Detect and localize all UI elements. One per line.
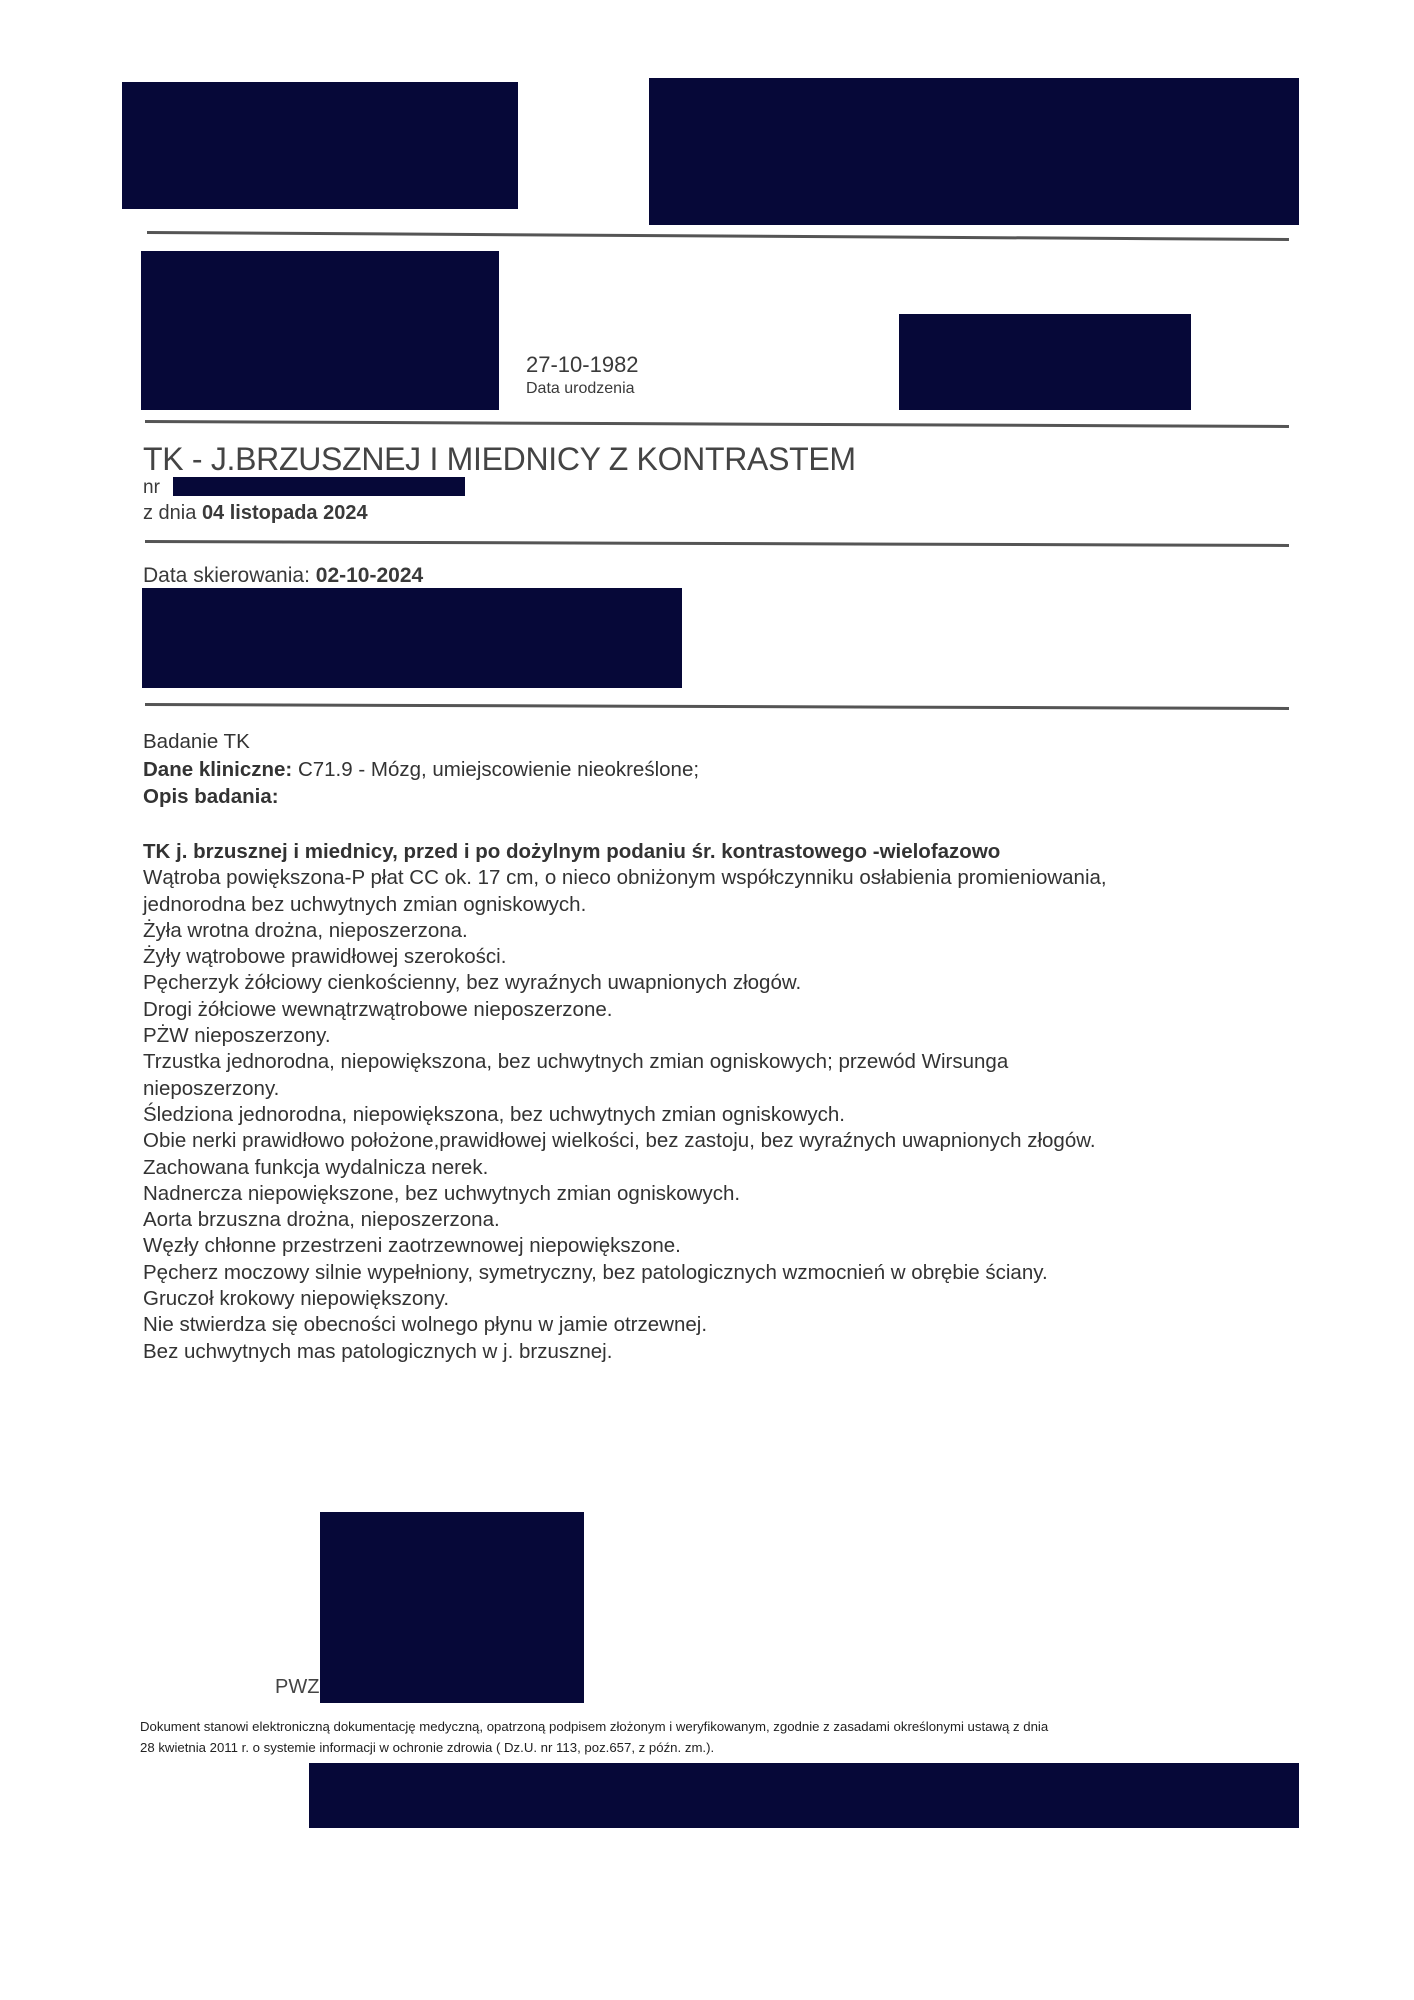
redacted-referring-physician — [142, 588, 682, 688]
finding-line: Węzły chłonne przestrzeni zaotrzewnowej … — [143, 1233, 1107, 1259]
divider-exam — [145, 540, 1289, 547]
pwz-label: PWZ: — [275, 1677, 325, 1697]
redacted-footer-info — [309, 1763, 1299, 1828]
redacted-signature — [320, 1512, 584, 1703]
divider-referral — [145, 703, 1289, 710]
finding-line: Obie nerki prawidłowo położone,prawidłow… — [143, 1128, 1107, 1154]
clinical-data-label: Dane kliniczne: — [143, 758, 292, 781]
exam-title: TK - J.BRZUSZNEJ I MIEDNICY Z KONTRASTEM — [143, 443, 856, 475]
legal-footer: Dokument stanowi elektroniczną dokumenta… — [140, 1716, 1300, 1758]
referral-date-value: 02-10-2024 — [316, 564, 423, 587]
finding-line: Wątroba powiększona-P płat CC ok. 17 cm,… — [143, 865, 1107, 891]
exam-date-prefix: z dnia — [143, 502, 196, 524]
redacted-facility-header — [649, 78, 1299, 225]
finding-line: PŻW nieposzerzony. — [143, 1023, 1107, 1049]
exam-date: z dnia 04 listopada 2024 — [143, 503, 368, 523]
finding-line: jednorodna bez uchwytnych zmian ogniskow… — [143, 892, 1107, 918]
divider-header — [147, 231, 1289, 241]
finding-line: Żyła wrotna drożna, nieposzerzona. — [143, 918, 1107, 944]
finding-line: Gruczoł krokowy niepowiększony. — [143, 1286, 1107, 1312]
finding-line: Zachowana funkcja wydalnicza nerek. — [143, 1155, 1107, 1181]
finding-line: Nie stwierdza się obecności wolnego płyn… — [143, 1312, 1107, 1338]
finding-line: Nadnercza niepowiększone, bez uchwytnych… — [143, 1181, 1107, 1207]
finding-line: nieposzerzony. — [143, 1076, 1107, 1102]
clinical-data: Dane kliniczne: C71.9 - Mózg, umiejscowi… — [143, 756, 699, 784]
study-type: Badanie TK — [143, 728, 699, 756]
redacted-patient-name — [141, 251, 499, 410]
legal-footer-line-2: 28 kwietnia 2011 r. o systemie informacj… — [140, 1737, 1300, 1758]
referral-date-label: Data skierowania: — [143, 564, 310, 587]
description-label-text: Opis badania: — [143, 785, 279, 808]
finding-line: Drogi żółciowe wewnątrzwątrobowe nieposz… — [143, 997, 1107, 1023]
divider-patient — [145, 420, 1289, 428]
finding-line: Śledziona jednorodna, niepowiększona, be… — [143, 1102, 1107, 1128]
finding-line: TK j. brzusznej i miednicy, przed i po d… — [143, 839, 1107, 865]
finding-line: Żyły wątrobowe prawidłowej szerokości. — [143, 944, 1107, 970]
birth-date-label: Data urodzenia — [526, 381, 635, 397]
finding-line: Pęcherz moczowy silnie wypełniony, symet… — [143, 1260, 1107, 1286]
description-label: Opis badania: — [143, 783, 699, 811]
exam-number-label: nr — [143, 478, 160, 497]
finding-line: Aorta brzuszna drożna, nieposzerzona. — [143, 1207, 1107, 1233]
exam-date-value: 04 listopada 2024 — [202, 502, 368, 524]
referral-date: Data skierowania: 02-10-2024 — [143, 565, 423, 586]
finding-line: Bez uchwytnych mas patologicznych w j. b… — [143, 1339, 1107, 1365]
clinical-data-value: C71.9 - Mózg, umiejscowienie nieokreślon… — [298, 758, 699, 781]
finding-line: Trzustka jednorodna, niepowiększona, bez… — [143, 1049, 1107, 1075]
legal-footer-line-1: Dokument stanowi elektroniczną dokumenta… — [140, 1716, 1300, 1737]
study-info: Badanie TK Dane kliniczne: C71.9 - Mózg,… — [143, 728, 699, 811]
birth-date-value: 27-10-1982 — [526, 354, 639, 376]
findings-list: TK j. brzusznej i miednicy, przed i po d… — [143, 839, 1107, 1365]
redacted-exam-number — [173, 477, 465, 496]
redacted-patient-id — [899, 314, 1191, 410]
redacted-facility-logo — [122, 82, 518, 209]
finding-line: Pęcherzyk żółciowy cienkościenny, bez wy… — [143, 970, 1107, 996]
